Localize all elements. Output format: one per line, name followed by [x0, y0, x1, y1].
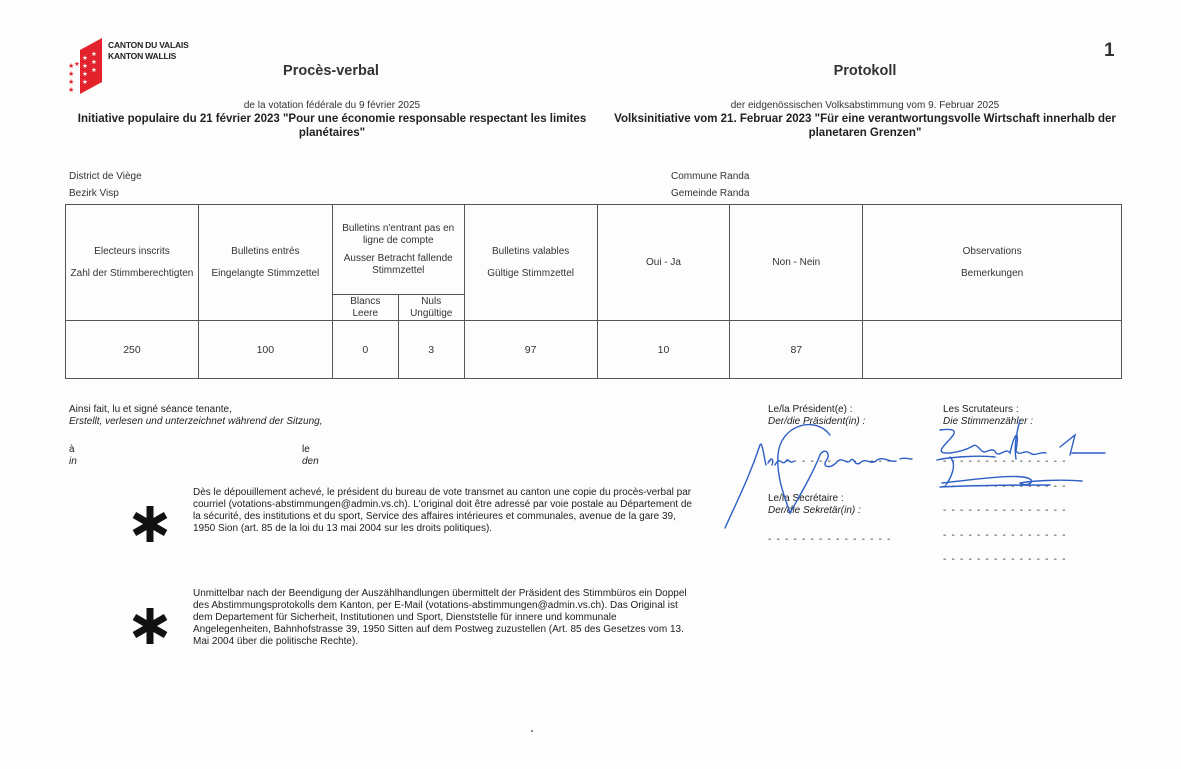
header-valables-de: Gültige Stimmzettel	[487, 268, 574, 279]
notice-fr: Dès le dépouillement achevé, le présiden…	[193, 487, 693, 535]
svg-text:★: ★	[82, 70, 88, 78]
place-field: à in	[69, 444, 77, 468]
secretaire-signature-line[interactable]: - - - - - - - - - - - - - - -	[768, 534, 892, 546]
secretaire-label-de: Der/die Sekretär(in) :	[768, 505, 892, 517]
place-label-fr: à	[69, 444, 77, 456]
date-field: le den	[302, 444, 319, 468]
vote-object-de: Volksinitiative vom 21. Februar 2023 "Fü…	[600, 113, 1130, 140]
header-non-compte: Bulletins n'entrant pas en ligne de comp…	[332, 205, 464, 295]
scrutateurs-label-de: Die Stimmenzähler :	[943, 416, 1067, 428]
value-oui: 10	[597, 321, 730, 379]
header-non: Non - Nein	[730, 205, 863, 321]
scrutateurs-label-fr: Les Scrutateurs :	[943, 404, 1067, 416]
header-blancs-fr: Blancs	[350, 296, 380, 307]
header-electeurs: Electeurs inscrits Zahl der Stimmberecht…	[66, 205, 199, 321]
secretaire-label-fr: Le/la Secrétaire :	[768, 493, 892, 505]
scrutateur-signature-line[interactable]: - - - - - - - - - - - - - - -	[943, 456, 1067, 468]
scrutateur-signature-line[interactable]: - - - - - - - - - - - - - - -	[943, 505, 1067, 517]
scrutateur-signature-line[interactable]: - - - - - - - - - - - - - - -	[943, 554, 1067, 566]
header-valables: Bulletins valables Gültige Stimmzettel	[464, 205, 597, 321]
svg-text:★: ★	[68, 70, 74, 78]
scrutateurs-block: Les Scrutateurs : Die Stimmenzähler : - …	[943, 404, 1067, 566]
value-electeurs: 250	[66, 321, 199, 379]
header-nuls-de: Ungültige	[410, 308, 452, 319]
date-label-fr: le	[302, 444, 319, 456]
svg-text:★: ★	[91, 50, 97, 58]
value-nuls: 3	[398, 321, 464, 379]
district-fr: District de Viège	[69, 168, 142, 185]
asterisk-icon	[130, 504, 170, 544]
president-signature-line[interactable]: - - - - - - - - - - - - - - -	[768, 456, 892, 468]
svg-text:★: ★	[68, 86, 74, 94]
header-observations-fr: Observations	[963, 246, 1022, 257]
header-nuls-fr: Nuls	[421, 296, 441, 307]
asterisk-icon	[130, 606, 170, 646]
header-observations-de: Bemerkungen	[961, 268, 1023, 279]
value-entres: 100	[198, 321, 332, 379]
closing-statement: Ainsi fait, lu et signé séance tenante, …	[69, 404, 322, 427]
commune-fr: Commune Randa	[671, 168, 749, 185]
svg-text:★: ★	[82, 78, 88, 86]
logo-line-fr: CANTON DU VALAIS	[108, 40, 189, 51]
svg-text:★: ★	[91, 58, 97, 66]
closing-fr: Ainsi fait, lu et signé séance tenante,	[69, 404, 322, 416]
president-block: Le/la Président(e) : Der/die Präsident(i…	[768, 404, 892, 468]
value-non: 87	[730, 321, 863, 379]
header-entres-fr: Bulletins entrés	[231, 246, 299, 257]
header-non-compte-de: Ausser Betracht fallende Stimmzettel	[344, 253, 453, 276]
vote-object-fr: Initiative populaire du 21 février 2023 …	[76, 113, 588, 140]
page-number: 1	[1104, 40, 1115, 62]
district: District de Viège Bezirk Visp	[69, 168, 142, 202]
president-label-de: Der/die Präsident(in) :	[768, 416, 892, 428]
vote-subtitle-de: der eidgenössischen Volksabstimmung vom …	[600, 100, 1130, 111]
header-electeurs-fr: Electeurs inscrits	[94, 246, 170, 257]
president-label-fr: Le/la Président(e) :	[768, 404, 892, 416]
secretaire-block: Le/la Secrétaire : Der/die Sekretär(in) …	[768, 493, 892, 546]
scan-speck	[531, 730, 533, 732]
svg-text:★: ★	[82, 54, 88, 62]
date-label-de: den	[302, 456, 319, 468]
svg-text:★: ★	[74, 60, 80, 68]
closing-de: Erstellt, verlesen und unterzeichnet wäh…	[69, 416, 322, 428]
value-observations	[863, 321, 1122, 379]
logo-line-de: KANTON WALLIS	[108, 51, 189, 62]
svg-text:★: ★	[68, 78, 74, 86]
header-row: Electeurs inscrits Zahl der Stimmberecht…	[66, 205, 1122, 295]
table-row: 250 100 0 3 97 10 87	[66, 321, 1122, 379]
place-label-de: in	[69, 456, 77, 468]
value-valables: 97	[464, 321, 597, 379]
vote-subtitle-fr: de la votation fédérale du 9 février 202…	[76, 100, 588, 111]
canton-valais-logo: ★★★★ ★★ ★★ ★★ ★★	[66, 36, 110, 96]
results-table: Electeurs inscrits Zahl der Stimmberecht…	[65, 204, 1122, 379]
header-non-compte-fr: Bulletins n'entrant pas en ligne de comp…	[342, 223, 454, 246]
header-entres: Bulletins entrés Eingelangte Stimmzettel	[198, 205, 332, 321]
commune-de: Gemeinde Randa	[671, 185, 749, 202]
logo-text: CANTON DU VALAIS KANTON WALLIS	[108, 40, 189, 62]
svg-text:★: ★	[91, 66, 97, 74]
value-blancs: 0	[332, 321, 398, 379]
header-entres-de: Eingelangte Stimmzettel	[211, 268, 319, 279]
svg-text:★: ★	[82, 62, 88, 70]
title-fr: Procès-verbal	[200, 63, 462, 79]
scrutateur-signature-line[interactable]: - - - - - - - - - - - - - - -	[943, 530, 1067, 542]
header-blancs-de: Leere	[352, 308, 378, 319]
header-nuls: Nuls Ungültige	[398, 295, 464, 321]
header-valables-fr: Bulletins valables	[492, 246, 569, 257]
district-de: Bezirk Visp	[69, 185, 142, 202]
notice-de: Unmittelbar nach der Beendigung der Ausz…	[193, 588, 693, 648]
header-observations: Observations Bemerkungen	[863, 205, 1122, 321]
header-oui: Oui - Ja	[597, 205, 730, 321]
header-electeurs-de: Zahl der Stimmberechtigten	[71, 268, 194, 279]
header-blancs: Blancs Leere	[332, 295, 398, 321]
scrutateur-signature-line[interactable]: - - - - - - - - - - - - - - -	[943, 481, 1067, 493]
title-de: Protokoll	[740, 63, 990, 79]
commune: Commune Randa Gemeinde Randa	[671, 168, 749, 202]
